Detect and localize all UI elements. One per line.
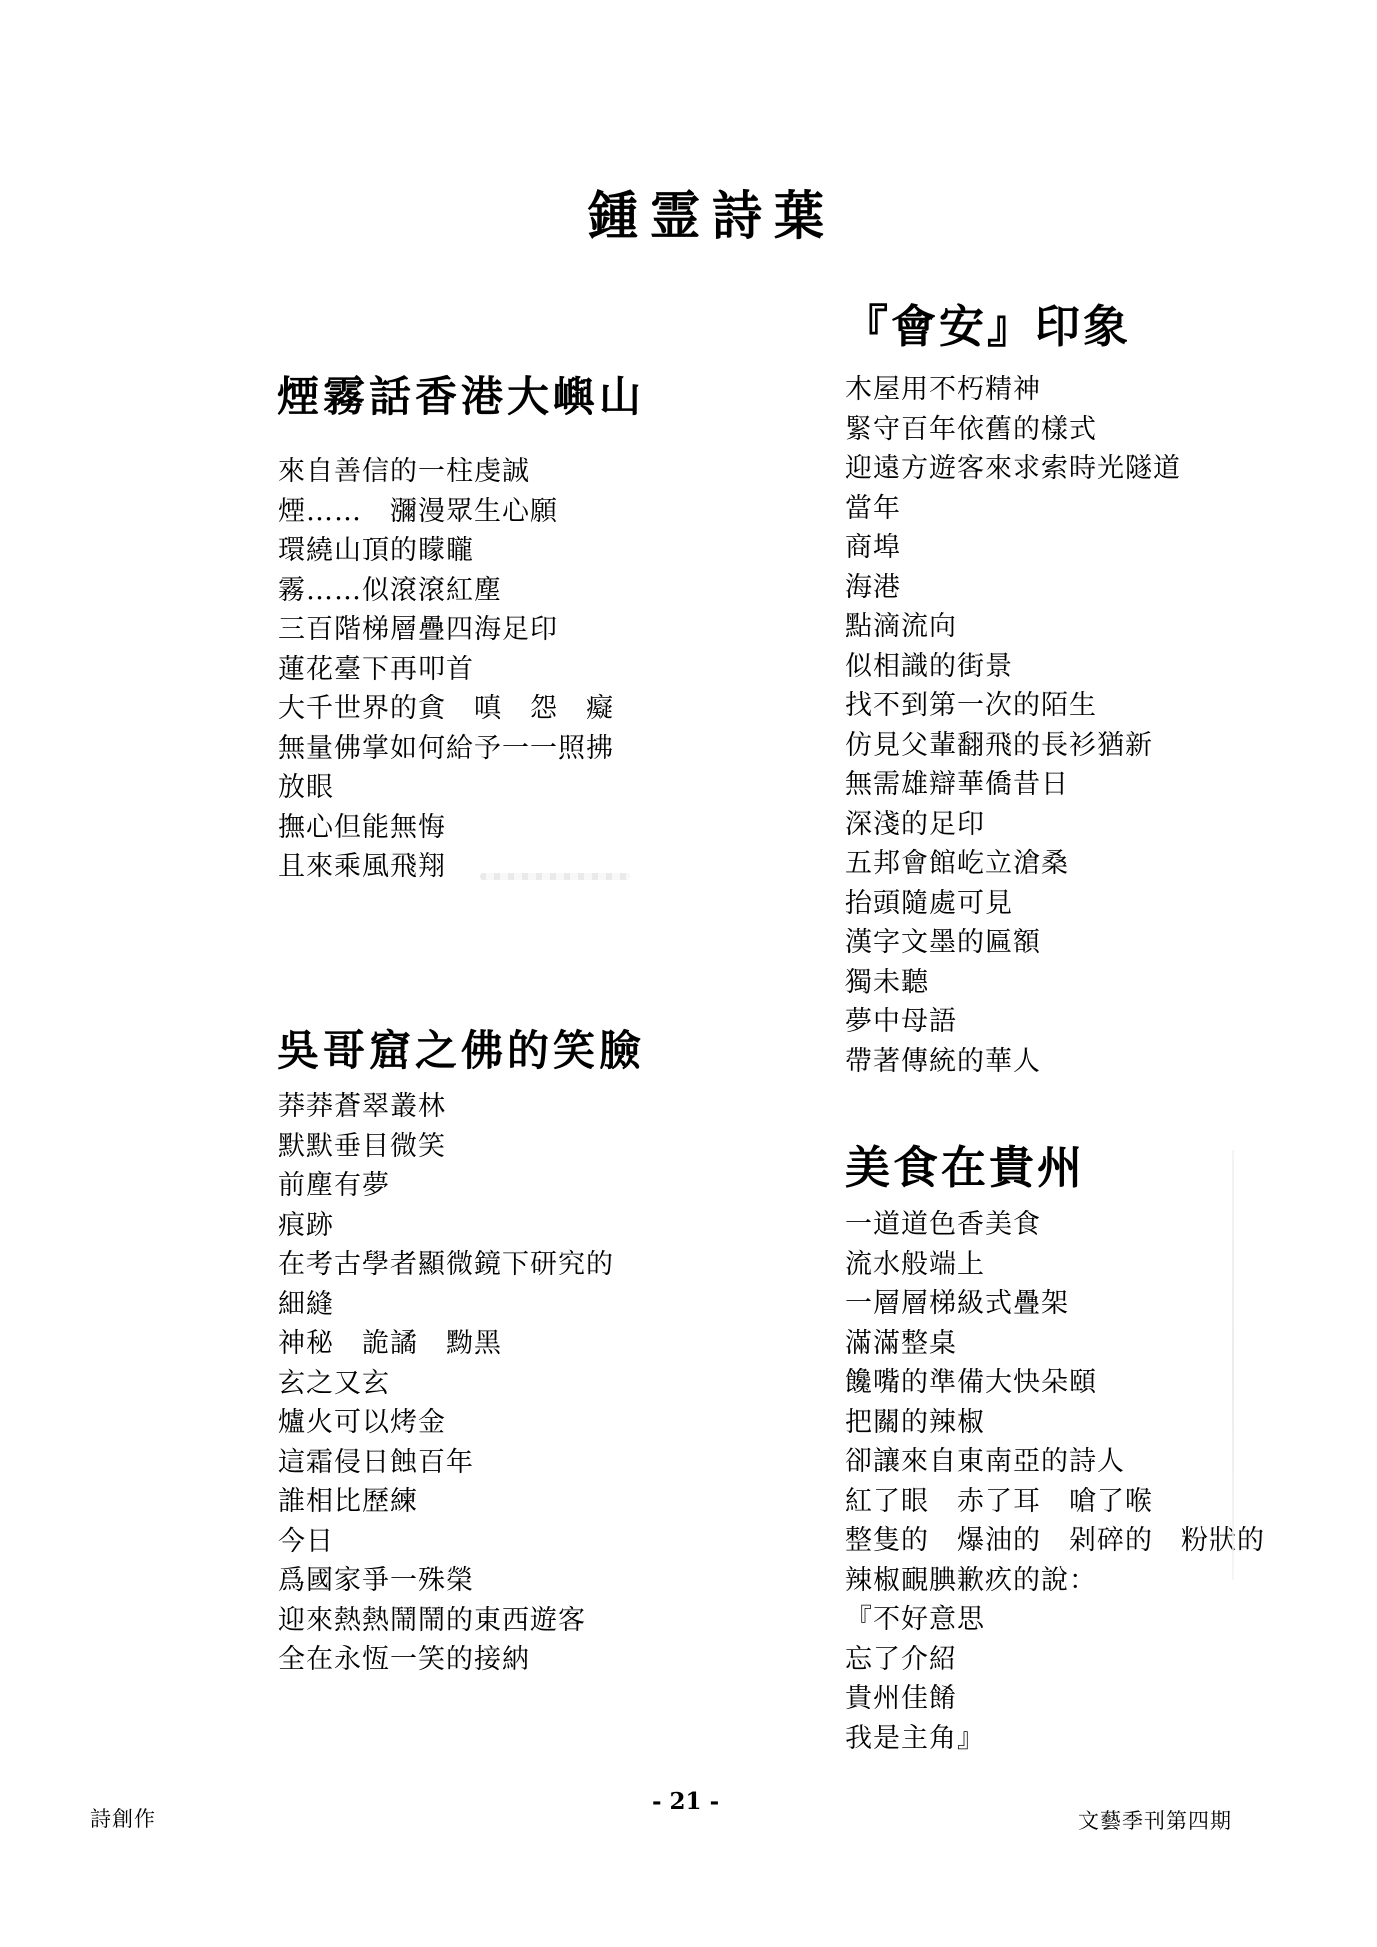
poem-title-hoi-an-impression: 『會安』印象	[843, 290, 1131, 355]
poem-line: 辣椒靦腆歉疚的說：	[845, 1561, 1265, 1601]
poem-line: 漢字文墨的匾額	[845, 923, 1181, 963]
poem-line: 無需雄辯華僑昔日	[845, 765, 1181, 805]
footer-section-label: 詩創作	[90, 1803, 156, 1833]
poem-body-guizhou-cuisine: 一道道色香美食流水般端上一層層梯級式疊架滿滿整桌饞嘴的準備大快朵頤把關的辣椒卻讓…	[845, 1205, 1265, 1758]
poem-line: 爐火可以烤金	[278, 1403, 614, 1443]
poem-line: 神秘 詭譎 黝黑	[278, 1324, 614, 1364]
poem-line: 五邦會館屹立滄桑	[845, 844, 1181, 884]
poem-line: 緊守百年依舊的樣式	[845, 410, 1181, 450]
page-number: - 21 -	[652, 1788, 719, 1815]
poem-title-smoke-mist-lantau: 煙霧話香港大嶼山	[277, 364, 645, 424]
poem-line: 三百階梯層疊四海足印	[278, 610, 614, 650]
scan-artifact-foldline	[1232, 1150, 1234, 1580]
poem-line: 深淺的足印	[845, 805, 1181, 845]
poem-line: 抬頭隨處可見	[845, 884, 1181, 924]
poem-line: 整隻的 爆油的 剁碎的 粉狀的	[845, 1521, 1265, 1561]
poem-line: 卻讓來自東南亞的詩人	[845, 1442, 1265, 1482]
poem-line: 仿見父輩翻飛的長衫猶新	[845, 726, 1181, 766]
poem-line: 全在永恆一笑的接納	[278, 1640, 614, 1680]
footer-journal-label: 文藝季刊第四期	[1078, 1805, 1232, 1835]
poem-line: 似相識的街景	[845, 647, 1181, 687]
poem-line: 當年	[845, 489, 1181, 529]
poem-line: 流水般端上	[845, 1245, 1265, 1285]
poem-line: 痕跡	[278, 1206, 614, 1246]
poem-line: 細縫	[278, 1285, 614, 1325]
poem-line: 『不好意思	[845, 1600, 1265, 1640]
poem-line: 點滴流向	[845, 607, 1181, 647]
poem-line: 撫心但能無悔	[278, 808, 614, 848]
poem-line: 迎遠方遊客來求索時光隧道	[845, 449, 1181, 489]
poem-line: 忘了介紹	[845, 1640, 1265, 1680]
poem-line: 我是主角』	[845, 1719, 1265, 1759]
poem-line: 今日	[278, 1522, 614, 1562]
poem-line: 莽莽蒼翠叢林	[278, 1087, 614, 1127]
poem-line: 紅了眼 赤了耳 嗆了喉	[845, 1482, 1265, 1522]
poem-line: 貴州佳餚	[845, 1679, 1265, 1719]
poem-line: 海港	[845, 568, 1181, 608]
poem-title-angkor-buddha-smile: 吳哥窟之佛的笑臉	[277, 1018, 645, 1078]
poem-body-angkor-buddha-smile: 莽莽蒼翠叢林默默垂目微笑前塵有夢痕跡在考古學者顯微鏡下研究的細縫神秘 詭譎 黝黑…	[278, 1087, 614, 1680]
poem-line: 放眼	[278, 768, 614, 808]
poem-line: 默默垂目微笑	[278, 1127, 614, 1167]
poem-line: 一層層梯級式疊架	[845, 1284, 1265, 1324]
poem-line: 饞嘴的準備大快朵頤	[845, 1363, 1265, 1403]
poem-line: 來自善信的一柱虔誠	[278, 452, 614, 492]
poem-line: 蓮花臺下再叩首	[278, 650, 614, 690]
poem-line: 玄之又玄	[278, 1364, 614, 1404]
collection-title: 鍾霊詩葉	[588, 175, 836, 250]
poem-line: 把關的辣椒	[845, 1403, 1265, 1443]
poem-title-guizhou-cuisine: 美食在貴州	[845, 1131, 1085, 1196]
poem-line: 夢中母語	[845, 1002, 1181, 1042]
poem-line: 一道道色香美食	[845, 1205, 1265, 1245]
poem-line: 這霜侵日蝕百年	[278, 1443, 614, 1483]
poem-line: 無量佛掌如何給予一一照拂	[278, 729, 614, 769]
poem-line: 誰相比歷練	[278, 1482, 614, 1522]
poem-line: 在考古學者顯微鏡下研究的	[278, 1245, 614, 1285]
poem-line: 木屋用不朽精神	[845, 370, 1181, 410]
poem-line: 爲國家爭一殊榮	[278, 1561, 614, 1601]
poem-line: 找不到第一次的陌生	[845, 686, 1181, 726]
poem-line: 滿滿整桌	[845, 1324, 1265, 1364]
poem-line: 大千世界的貪 嗔 怨 癡	[278, 689, 614, 729]
poem-line: 帶著傳統的華人	[845, 1042, 1181, 1082]
scan-artifact-smudge	[480, 873, 630, 880]
poem-line: 獨未聽	[845, 963, 1181, 1003]
poem-line: 霧……似滾滾紅塵	[278, 571, 614, 611]
poem-body-hoi-an-impression: 木屋用不朽精神緊守百年依舊的樣式迎遠方遊客來求索時光隧道當年商埠海港點滴流向似相…	[845, 370, 1181, 1081]
poem-body-smoke-mist-lantau: 來自善信的一柱虔誠煙…… 瀰漫眾生心願環繞山頂的矇矓霧……似滾滾紅塵三百階梯層疊…	[278, 452, 614, 887]
scanned-poetry-page: 鍾霊詩葉 煙霧話香港大嶼山 來自善信的一柱虔誠煙…… 瀰漫眾生心願環繞山頂的矇矓…	[0, 0, 1377, 1947]
poem-line: 迎來熱熱鬧鬧的東西遊客	[278, 1601, 614, 1641]
poem-line: 且來乘風飛翔	[278, 847, 614, 887]
poem-line: 環繞山頂的矇矓	[278, 531, 614, 571]
poem-line: 煙…… 瀰漫眾生心願	[278, 492, 614, 532]
poem-line: 商埠	[845, 528, 1181, 568]
poem-line: 前塵有夢	[278, 1166, 614, 1206]
